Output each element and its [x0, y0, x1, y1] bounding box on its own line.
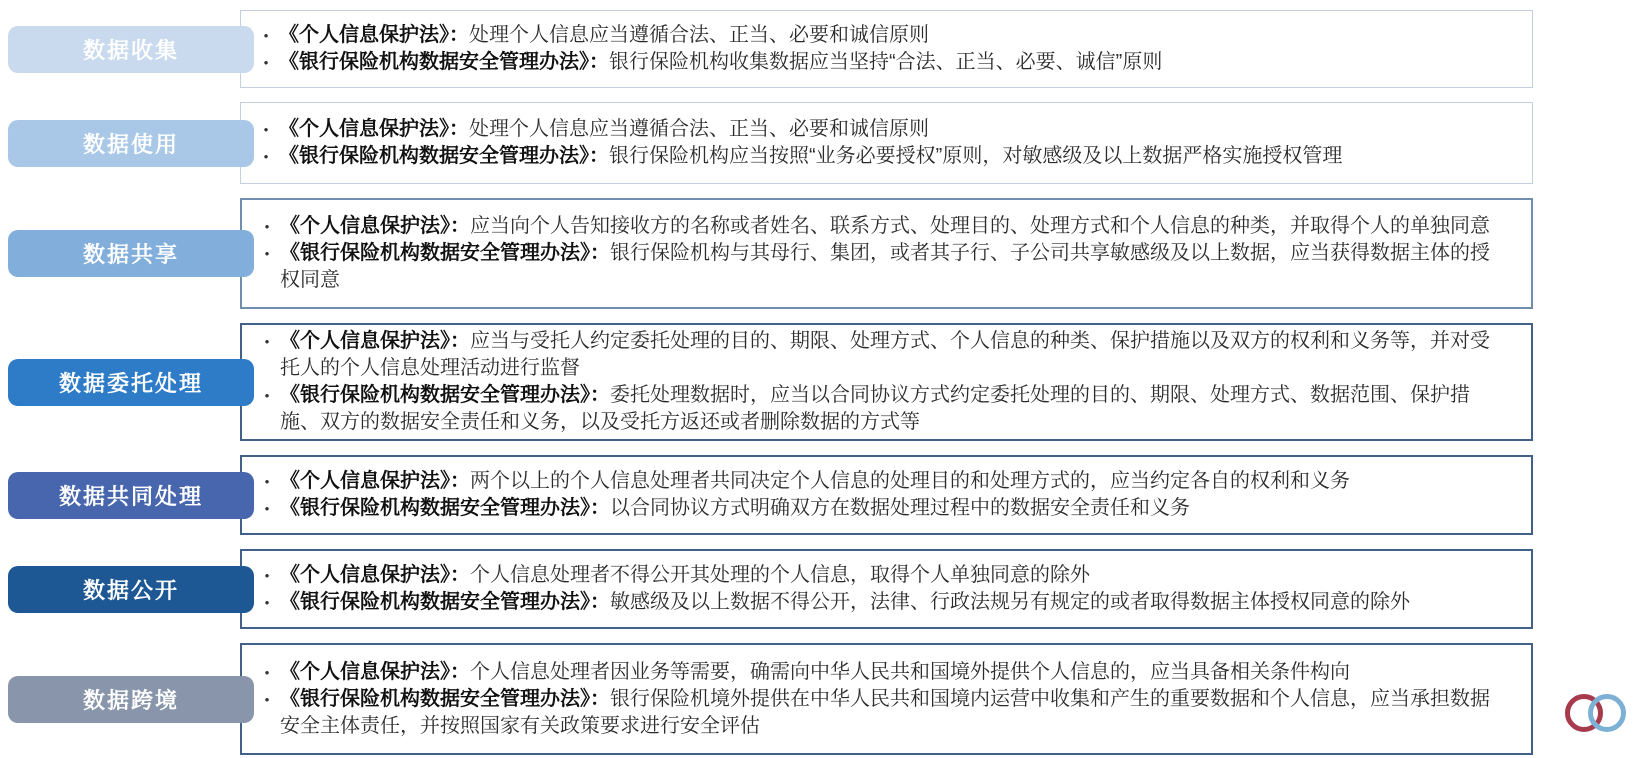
stage-pill: 数据使用: [8, 120, 254, 167]
law-title: 《银行保险机构数据安全管理办法》：: [280, 688, 610, 710]
law-provision: 应当向个人告知接收方的名称或者姓名、联系方式、处理目的、处理方式和个人信息的种类…: [470, 215, 1490, 237]
regulation-text: 《银行保险机构数据安全管理办法》：银行保险机境外提供在中华人民共和国境内运营中收…: [280, 686, 1505, 740]
regulation-box: • 《个人信息保护法》：个人信息处理者因业务等需要，确需向中华人民共和国境外提供…: [240, 643, 1533, 755]
row-data-sharing: 数据共享 • 《个人信息保护法》：应当向个人告知接收方的名称或者姓名、联系方式、…: [0, 198, 1533, 309]
regulation-box: • 《个人信息保护法》：应当向个人告知接收方的名称或者姓名、联系方式、处理目的、…: [240, 198, 1533, 309]
regulation-box: • 《个人信息保护法》：应当与受托人约定委托处理的目的、期限、处理方式、个人信息…: [240, 323, 1533, 441]
row-data-entrusted-processing: 数据委托处理 • 《个人信息保护法》：应当与受托人约定委托处理的目的、期限、处理…: [0, 323, 1533, 441]
regulation-item: • 《银行保险机构数据安全管理办法》：银行保险机构收集数据应当坚持“合法、正当、…: [253, 49, 1506, 76]
bullet-icon: •: [254, 686, 280, 713]
regulation-item: • 《个人信息保护法》：应当与受托人约定委托处理的目的、期限、处理方式、个人信息…: [254, 328, 1505, 382]
regulation-item: • 《个人信息保护法》：个人信息处理者不得公开其处理的个人信息，取得个人单独同意…: [254, 562, 1505, 589]
stage-pill: 数据公开: [8, 566, 254, 613]
regulation-text: 《个人信息保护法》：应当与受托人约定委托处理的目的、期限、处理方式、个人信息的种…: [280, 328, 1505, 382]
stage-pill: 数据共同处理: [8, 472, 254, 519]
law-provision: 银行保险机构收集数据应当坚持“合法、正当、必要、诚信”原则: [609, 51, 1162, 73]
law-title: 《个人信息保护法》：: [279, 118, 469, 140]
regulation-item: • 《银行保险机构数据安全管理办法》：银行保险机构应当按照“业务必要授权”原则，…: [253, 143, 1506, 170]
bullet-icon: •: [254, 562, 280, 589]
regulation-text: 《银行保险机构数据安全管理办法》：以合同协议方式明确双方在数据处理过程中的数据安…: [280, 495, 1190, 522]
regulation-text: 《个人信息保护法》：个人信息处理者不得公开其处理的个人信息，取得个人单独同意的除…: [280, 562, 1090, 589]
law-provision: 处理个人信息应当遵循合法、正当、必要和诚信原则: [469, 118, 929, 140]
law-title: 《银行保险机构数据安全管理办法》：: [280, 497, 610, 519]
regulation-text: 《银行保险机构数据安全管理办法》：敏感级及以上数据不得公开，法律、行政法规另有规…: [280, 589, 1410, 616]
regulation-text: 《个人信息保护法》：个人信息处理者因业务等需要，确需向中华人民共和国境外提供个人…: [280, 659, 1350, 686]
regulation-text: 《银行保险机构数据安全管理办法》：银行保险机构应当按照“业务必要授权”原则，对敏…: [279, 143, 1342, 170]
bullet-icon: •: [254, 495, 280, 522]
stage-pill: 数据跨境: [8, 676, 254, 723]
regulation-item: • 《个人信息保护法》：处理个人信息应当遵循合法、正当、必要和诚信原则: [253, 116, 1506, 143]
stage-label: 数据收集: [83, 34, 179, 65]
regulation-text: 《银行保险机构数据安全管理办法》：委托处理数据时，应当以合同协议方式约定委托处理…: [280, 382, 1505, 436]
logo-right-circle: [1588, 694, 1626, 732]
regulation-text: 《个人信息保护法》：应当向个人告知接收方的名称或者姓名、联系方式、处理目的、处理…: [280, 213, 1490, 240]
regulation-item: • 《个人信息保护法》：应当向个人告知接收方的名称或者姓名、联系方式、处理目的、…: [254, 213, 1505, 240]
regulation-text: 《个人信息保护法》：处理个人信息应当遵循合法、正当、必要和诚信原则: [279, 116, 929, 143]
regulation-item: • 《个人信息保护法》：两个以上的个人信息处理者共同决定个人信息的处理目的和处理…: [254, 468, 1505, 495]
regulation-item: • 《银行保险机构数据安全管理办法》：委托处理数据时，应当以合同协议方式约定委托…: [254, 382, 1505, 436]
regulation-item: • 《银行保险机构数据安全管理办法》：银行保险机境外提供在中华人民共和国境内运营…: [254, 686, 1505, 740]
law-title: 《个人信息保护法》：: [280, 330, 470, 352]
law-provision: 个人信息处理者因业务等需要，确需向中华人民共和国境外提供个人信息的，应当具备相关…: [470, 661, 1350, 683]
law-title: 《个人信息保护法》：: [279, 24, 469, 46]
law-provision: 银行保险机构应当按照“业务必要授权”原则，对敏感级及以上数据严格实施授权管理: [609, 145, 1342, 167]
row-data-usage: 数据使用 • 《个人信息保护法》：处理个人信息应当遵循合法、正当、必要和诚信原则…: [0, 102, 1533, 184]
stage-pill: 数据共享: [8, 230, 254, 277]
bullet-icon: •: [253, 143, 279, 170]
bullet-icon: •: [253, 22, 279, 49]
bullet-icon: •: [254, 589, 280, 616]
law-title: 《银行保险机构数据安全管理办法》：: [280, 384, 610, 406]
regulation-box: • 《个人信息保护法》：个人信息处理者不得公开其处理的个人信息，取得个人单独同意…: [240, 549, 1533, 629]
stage-label: 数据跨境: [83, 684, 179, 715]
regulation-text: 《个人信息保护法》：处理个人信息应当遵循合法、正当、必要和诚信原则: [279, 22, 929, 49]
stage-label: 数据使用: [83, 128, 179, 159]
stage-label: 数据共享: [83, 238, 179, 269]
regulation-item: • 《个人信息保护法》：处理个人信息应当遵循合法、正当、必要和诚信原则: [253, 22, 1506, 49]
law-provision: 两个以上的个人信息处理者共同决定个人信息的处理目的和处理方式的，应当约定各自的权…: [470, 470, 1350, 492]
data-lifecycle-regulations-diagram: 数据收集 • 《个人信息保护法》：处理个人信息应当遵循合法、正当、必要和诚信原则…: [0, 0, 1633, 755]
bullet-icon: •: [254, 328, 280, 355]
law-title: 《银行保险机构数据安全管理办法》：: [280, 242, 610, 264]
law-title: 《个人信息保护法》：: [280, 215, 470, 237]
law-title: 《个人信息保护法》：: [280, 564, 470, 586]
regulation-text: 《银行保险机构数据安全管理办法》：银行保险机构收集数据应当坚持“合法、正当、必要…: [279, 49, 1162, 76]
row-data-joint-processing: 数据共同处理 • 《个人信息保护法》：两个以上的个人信息处理者共同决定个人信息的…: [0, 455, 1533, 535]
bullet-icon: •: [254, 468, 280, 495]
law-provision: 个人信息处理者不得公开其处理的个人信息，取得个人单独同意的除外: [470, 564, 1090, 586]
law-title: 《个人信息保护法》：: [280, 470, 470, 492]
law-title: 《银行保险机构数据安全管理办法》：: [279, 51, 609, 73]
bullet-icon: •: [253, 49, 279, 76]
regulation-text: 《个人信息保护法》：两个以上的个人信息处理者共同决定个人信息的处理目的和处理方式…: [280, 468, 1350, 495]
regulation-item: • 《银行保险机构数据安全管理办法》：以合同协议方式明确双方在数据处理过程中的数…: [254, 495, 1505, 522]
row-data-cross-border: 数据跨境 • 《个人信息保护法》：个人信息处理者因业务等需要，确需向中华人民共和…: [0, 643, 1533, 755]
law-title: 《银行保险机构数据安全管理办法》：: [280, 591, 610, 613]
stage-label: 数据共同处理: [59, 480, 203, 511]
row-data-collection: 数据收集 • 《个人信息保护法》：处理个人信息应当遵循合法、正当、必要和诚信原则…: [0, 10, 1533, 88]
law-provision: 处理个人信息应当遵循合法、正当、必要和诚信原则: [469, 24, 929, 46]
law-title: 《个人信息保护法》：: [280, 661, 470, 683]
bullet-icon: •: [253, 116, 279, 143]
stage-label: 数据委托处理: [59, 367, 203, 398]
bullet-icon: •: [254, 382, 280, 409]
overlapping-circles-logo: [1565, 694, 1626, 732]
bullet-icon: •: [254, 659, 280, 686]
stage-pill: 数据委托处理: [8, 359, 254, 406]
row-data-disclosure: 数据公开 • 《个人信息保护法》：个人信息处理者不得公开其处理的个人信息，取得个…: [0, 549, 1533, 629]
regulation-item: • 《个人信息保护法》：个人信息处理者因业务等需要，确需向中华人民共和国境外提供…: [254, 659, 1505, 686]
regulation-box: • 《个人信息保护法》：处理个人信息应当遵循合法、正当、必要和诚信原则 • 《银…: [240, 102, 1533, 184]
law-title: 《银行保险机构数据安全管理办法》：: [279, 145, 609, 167]
regulation-item: • 《银行保险机构数据安全管理办法》：银行保险机构与其母行、集团，或者其子行、子…: [254, 240, 1505, 294]
regulation-box: • 《个人信息保护法》：处理个人信息应当遵循合法、正当、必要和诚信原则 • 《银…: [240, 10, 1533, 88]
regulation-text: 《银行保险机构数据安全管理办法》：银行保险机构与其母行、集团，或者其子行、子公司…: [280, 240, 1505, 294]
stage-label: 数据公开: [83, 574, 179, 605]
regulation-box: • 《个人信息保护法》：两个以上的个人信息处理者共同决定个人信息的处理目的和处理…: [240, 455, 1533, 535]
law-provision: 敏感级及以上数据不得公开，法律、行政法规另有规定的或者取得数据主体授权同意的除外: [610, 591, 1410, 613]
law-provision: 以合同协议方式明确双方在数据处理过程中的数据安全责任和义务: [610, 497, 1190, 519]
bullet-icon: •: [254, 240, 280, 267]
stage-pill: 数据收集: [8, 26, 254, 73]
bullet-icon: •: [254, 213, 280, 240]
regulation-item: • 《银行保险机构数据安全管理办法》：敏感级及以上数据不得公开，法律、行政法规另…: [254, 589, 1505, 616]
